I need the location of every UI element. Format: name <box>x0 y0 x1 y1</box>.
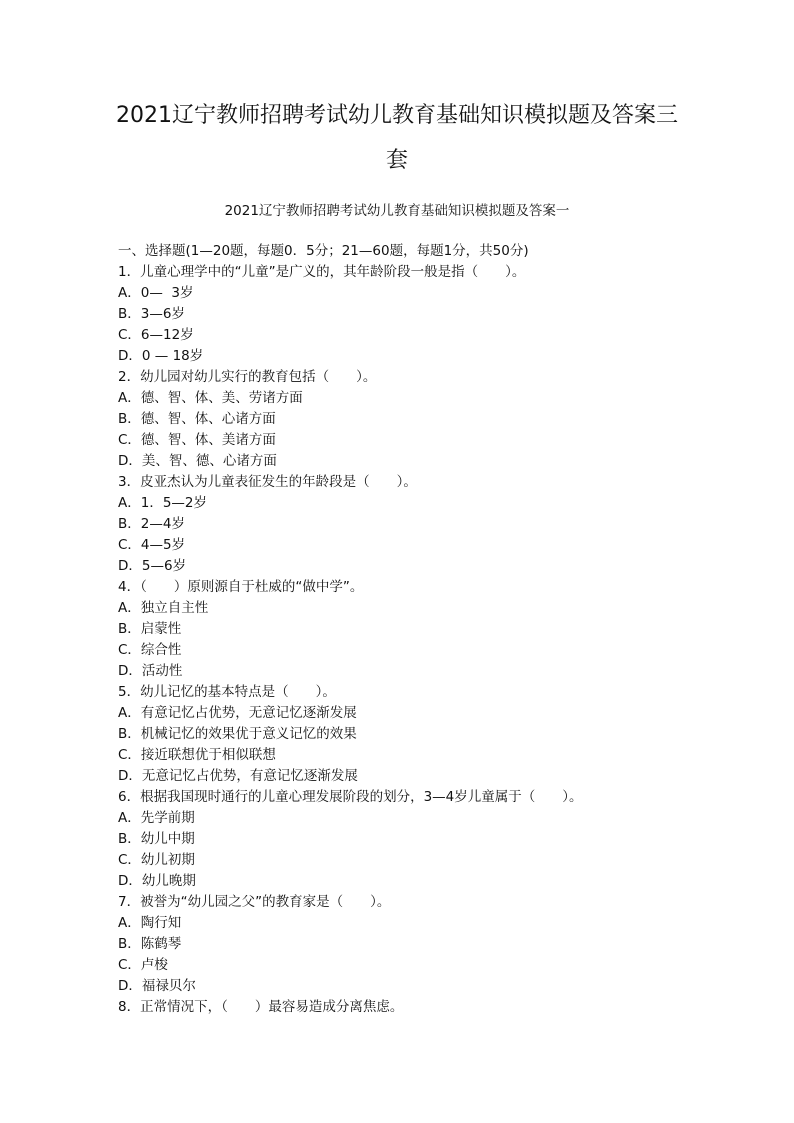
question-stem: 1．儿童心理学中的“儿童”是广义的，其年龄阶段一般是指（ ）。 <box>118 262 698 283</box>
answer-option: C．幼儿初期 <box>118 850 698 871</box>
question-stem: 5．幼儿记忆的基本特点是（ ）。 <box>118 682 698 703</box>
answer-option: B．德、智、体、心诸方面 <box>118 409 698 430</box>
answer-option: B．幼儿中期 <box>118 829 698 850</box>
answer-option: B．陈鹤琴 <box>118 934 698 955</box>
answer-option: C．综合性 <box>118 640 698 661</box>
answer-option: B．2—4岁 <box>118 514 698 535</box>
answer-option: C．6—12岁 <box>118 325 698 346</box>
document-title-continued: 套 <box>100 149 694 173</box>
answer-option: A．独立自主性 <box>118 598 698 619</box>
question-list: 一、选择题(1—20题，每题0．5分；21—60题，每题1分，共50分) 1．儿… <box>118 241 698 1018</box>
document-title: 2021辽宁教师招聘考试幼儿教育基础知识模拟题及答案三 <box>100 104 694 128</box>
answer-option: D．福禄贝尔 <box>118 976 698 997</box>
answer-option: A．有意记忆占优势，无意记忆逐渐发展 <box>118 703 698 724</box>
question-stem: 2．幼儿园对幼儿实行的教育包括（ ）。 <box>118 367 698 388</box>
answer-option: B．启蒙性 <box>118 619 698 640</box>
answer-option: B．机械记忆的效果优于意义记忆的效果 <box>118 724 698 745</box>
answer-option: C．德、智、体、美诸方面 <box>118 430 698 451</box>
answer-option: C．接近联想优于相似联想 <box>118 745 698 766</box>
answer-option: D．美、智、德、心诸方面 <box>118 451 698 472</box>
answer-option: C．卢梭 <box>118 955 698 976</box>
question-stem: 6．根据我国现时通行的儿童心理发展阶段的划分，3—4岁儿童属于（ ）。 <box>118 787 698 808</box>
answer-option: D．幼儿晚期 <box>118 871 698 892</box>
section-heading: 一、选择题(1—20题，每题0．5分；21—60题，每题1分，共50分) <box>118 241 698 262</box>
answer-option: D．无意记忆占优势，有意记忆逐渐发展 <box>118 766 698 787</box>
document-page: 2021辽宁教师招聘考试幼儿教育基础知识模拟题及答案三 套 2021辽宁教师招聘… <box>0 0 794 1123</box>
answer-option: D．0 — 18岁 <box>118 346 698 367</box>
section-subtitle: 2021辽宁教师招聘考试幼儿教育基础知识模拟题及答案一 <box>100 203 694 219</box>
answer-option: A．1．5—2岁 <box>118 493 698 514</box>
answer-option: B．3—6岁 <box>118 304 698 325</box>
answer-option: A．陶行知 <box>118 913 698 934</box>
question-stem: 3．皮亚杰认为儿童表征发生的年龄段是（ ）。 <box>118 472 698 493</box>
answer-option: D．5—6岁 <box>118 556 698 577</box>
answer-option: D．活动性 <box>118 661 698 682</box>
answer-option: C．4—5岁 <box>118 535 698 556</box>
question-stem: 8．正常情况下，（ ）最容易造成分离焦虑。 <box>118 997 698 1018</box>
question-stem: 4．（ ）原则源自于杜威的“做中学”。 <box>118 577 698 598</box>
answer-option: A．德、智、体、美、劳诸方面 <box>118 388 698 409</box>
answer-option: A．0— 3岁 <box>118 283 698 304</box>
question-stem: 7．被誉为“幼儿园之父”的教育家是（ ）。 <box>118 892 698 913</box>
answer-option: A．先学前期 <box>118 808 698 829</box>
